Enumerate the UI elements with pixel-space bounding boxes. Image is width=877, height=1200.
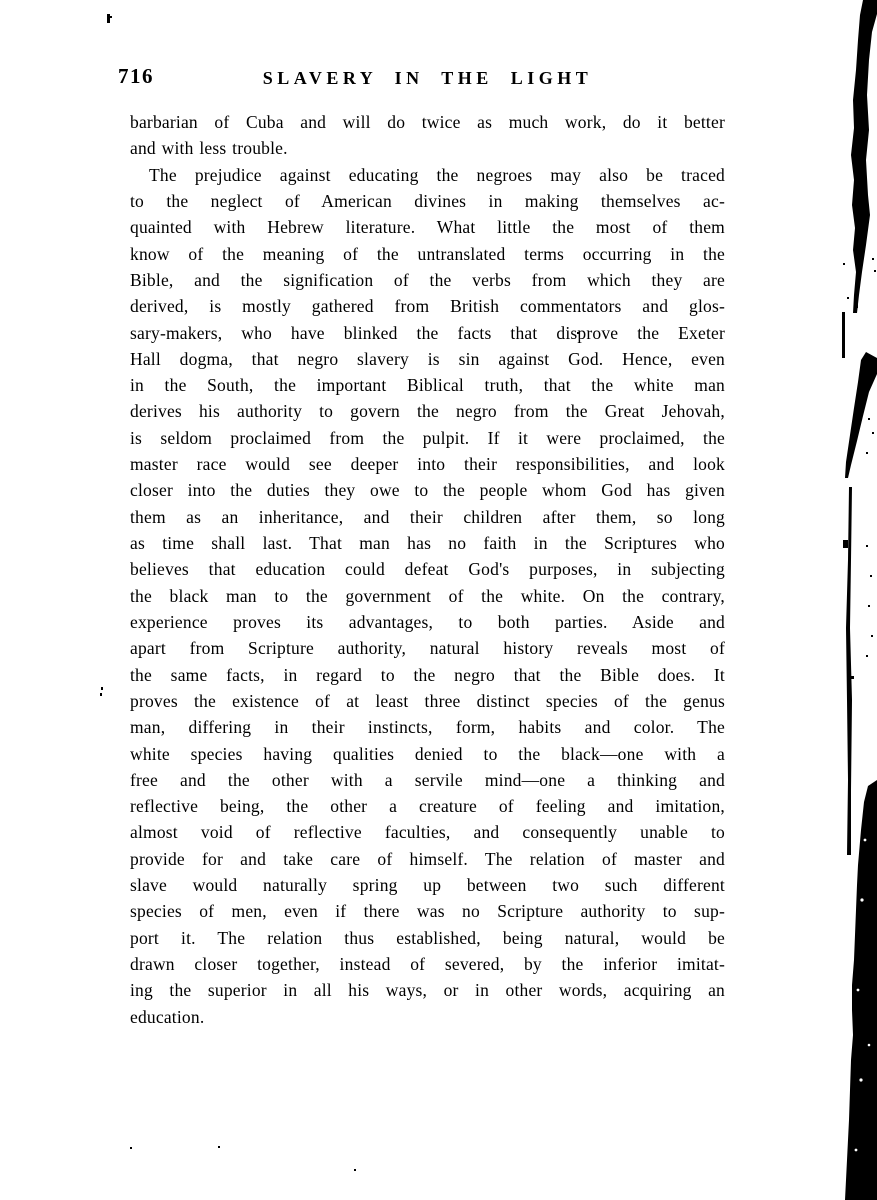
scan-speck xyxy=(218,1146,220,1148)
text-line: species of men, even if there was no Scr… xyxy=(130,898,725,924)
scan-speck xyxy=(870,575,872,577)
text-line: free and the other with a servile mind—o… xyxy=(130,767,725,793)
text-line: know of the meaning of the untranslated … xyxy=(130,241,725,267)
text-line: quainted with Hebrew literature. What li… xyxy=(130,214,725,240)
text-line: proves the existence of at least three d… xyxy=(130,688,725,714)
scan-speck xyxy=(866,452,868,454)
text-line: and with less trouble. xyxy=(130,135,725,161)
scan-mark xyxy=(842,312,845,358)
text-line: believes that education could defeat God… xyxy=(130,556,725,582)
scan-speck xyxy=(847,297,849,299)
running-header: SLAVERY IN THE LIGHT xyxy=(130,68,725,89)
scan-speck xyxy=(354,1169,356,1171)
scan-speck xyxy=(872,432,874,434)
text-line: white species having qualities denied to… xyxy=(130,741,725,767)
text-line: derived, is mostly gathered from British… xyxy=(130,293,725,319)
scan-streak-mid xyxy=(845,352,877,478)
text-line: slave would naturally spring up between … xyxy=(130,872,725,898)
text-line: master race would see deeper into their … xyxy=(130,451,725,477)
scan-crease-line xyxy=(846,487,852,855)
text-line: port it. The relation thus established, … xyxy=(130,925,725,951)
text-line: experience proves its advantages, to bot… xyxy=(130,609,725,635)
scan-speck xyxy=(843,263,845,265)
scan-speck xyxy=(110,16,112,18)
text-line: the same facts, in regard to the negro t… xyxy=(130,662,725,688)
text-line: the black man to the government of the w… xyxy=(130,583,725,609)
text-line: in the South, the important Biblical tru… xyxy=(130,372,725,398)
text-line: to the neglect of American divines in ma… xyxy=(130,188,725,214)
scan-speck xyxy=(871,635,873,637)
scan-speck xyxy=(866,545,868,547)
text-line: Hall dogma, that negro slavery is sin ag… xyxy=(130,346,725,372)
text-line: Bible, and the signification of the verb… xyxy=(130,267,725,293)
text-line: man, differing in their instincts, form,… xyxy=(130,714,725,740)
text-line: apart from Scripture authority, natural … xyxy=(130,635,725,661)
text-line: them as an inheritance, and their childr… xyxy=(130,504,725,530)
text-line: is seldom proclaimed from the pulpit. If… xyxy=(130,425,725,451)
scan-band-bottom xyxy=(845,780,877,1200)
scan-speck xyxy=(855,303,858,308)
text-line: drawn closer together, instead of severe… xyxy=(130,951,725,977)
text-line: as time shall last. That man has no fait… xyxy=(130,530,725,556)
scan-speck xyxy=(107,14,110,23)
text-line: barbarian of Cuba and will do twice as m… xyxy=(130,109,725,135)
text-line: derives his authority to govern the negr… xyxy=(130,398,725,424)
text-line: provide for and take care of himself. Th… xyxy=(130,846,725,872)
text-line: The prejudice against educating the negr… xyxy=(130,162,725,188)
text-line: sary-makers, who have blinked the facts … xyxy=(130,320,725,346)
text-line: closer into the duties they owe to the p… xyxy=(130,477,725,503)
text-line: almost void of reflective faculties, and… xyxy=(130,819,725,845)
scan-speck xyxy=(868,605,870,607)
text-line: education. xyxy=(130,1004,725,1030)
scan-speck xyxy=(101,687,103,690)
scan-speck xyxy=(866,655,868,657)
scan-speck xyxy=(872,258,874,260)
scan-speck xyxy=(868,418,870,420)
scan-speck xyxy=(100,693,102,696)
text-block: barbarian of Cuba and will do twice as m… xyxy=(130,109,725,1030)
text-line: reflective being, the other a creature o… xyxy=(130,793,725,819)
scanned-book-page: { "page": { "number": "716", "running_he… xyxy=(0,0,877,1200)
scan-mark xyxy=(843,540,848,548)
scan-speck xyxy=(851,676,854,679)
scan-speck xyxy=(874,270,876,272)
text-line: ing the superior in all his ways, or in … xyxy=(130,977,725,1003)
scan-speck xyxy=(130,1147,132,1149)
scan-streak-top xyxy=(851,0,877,313)
